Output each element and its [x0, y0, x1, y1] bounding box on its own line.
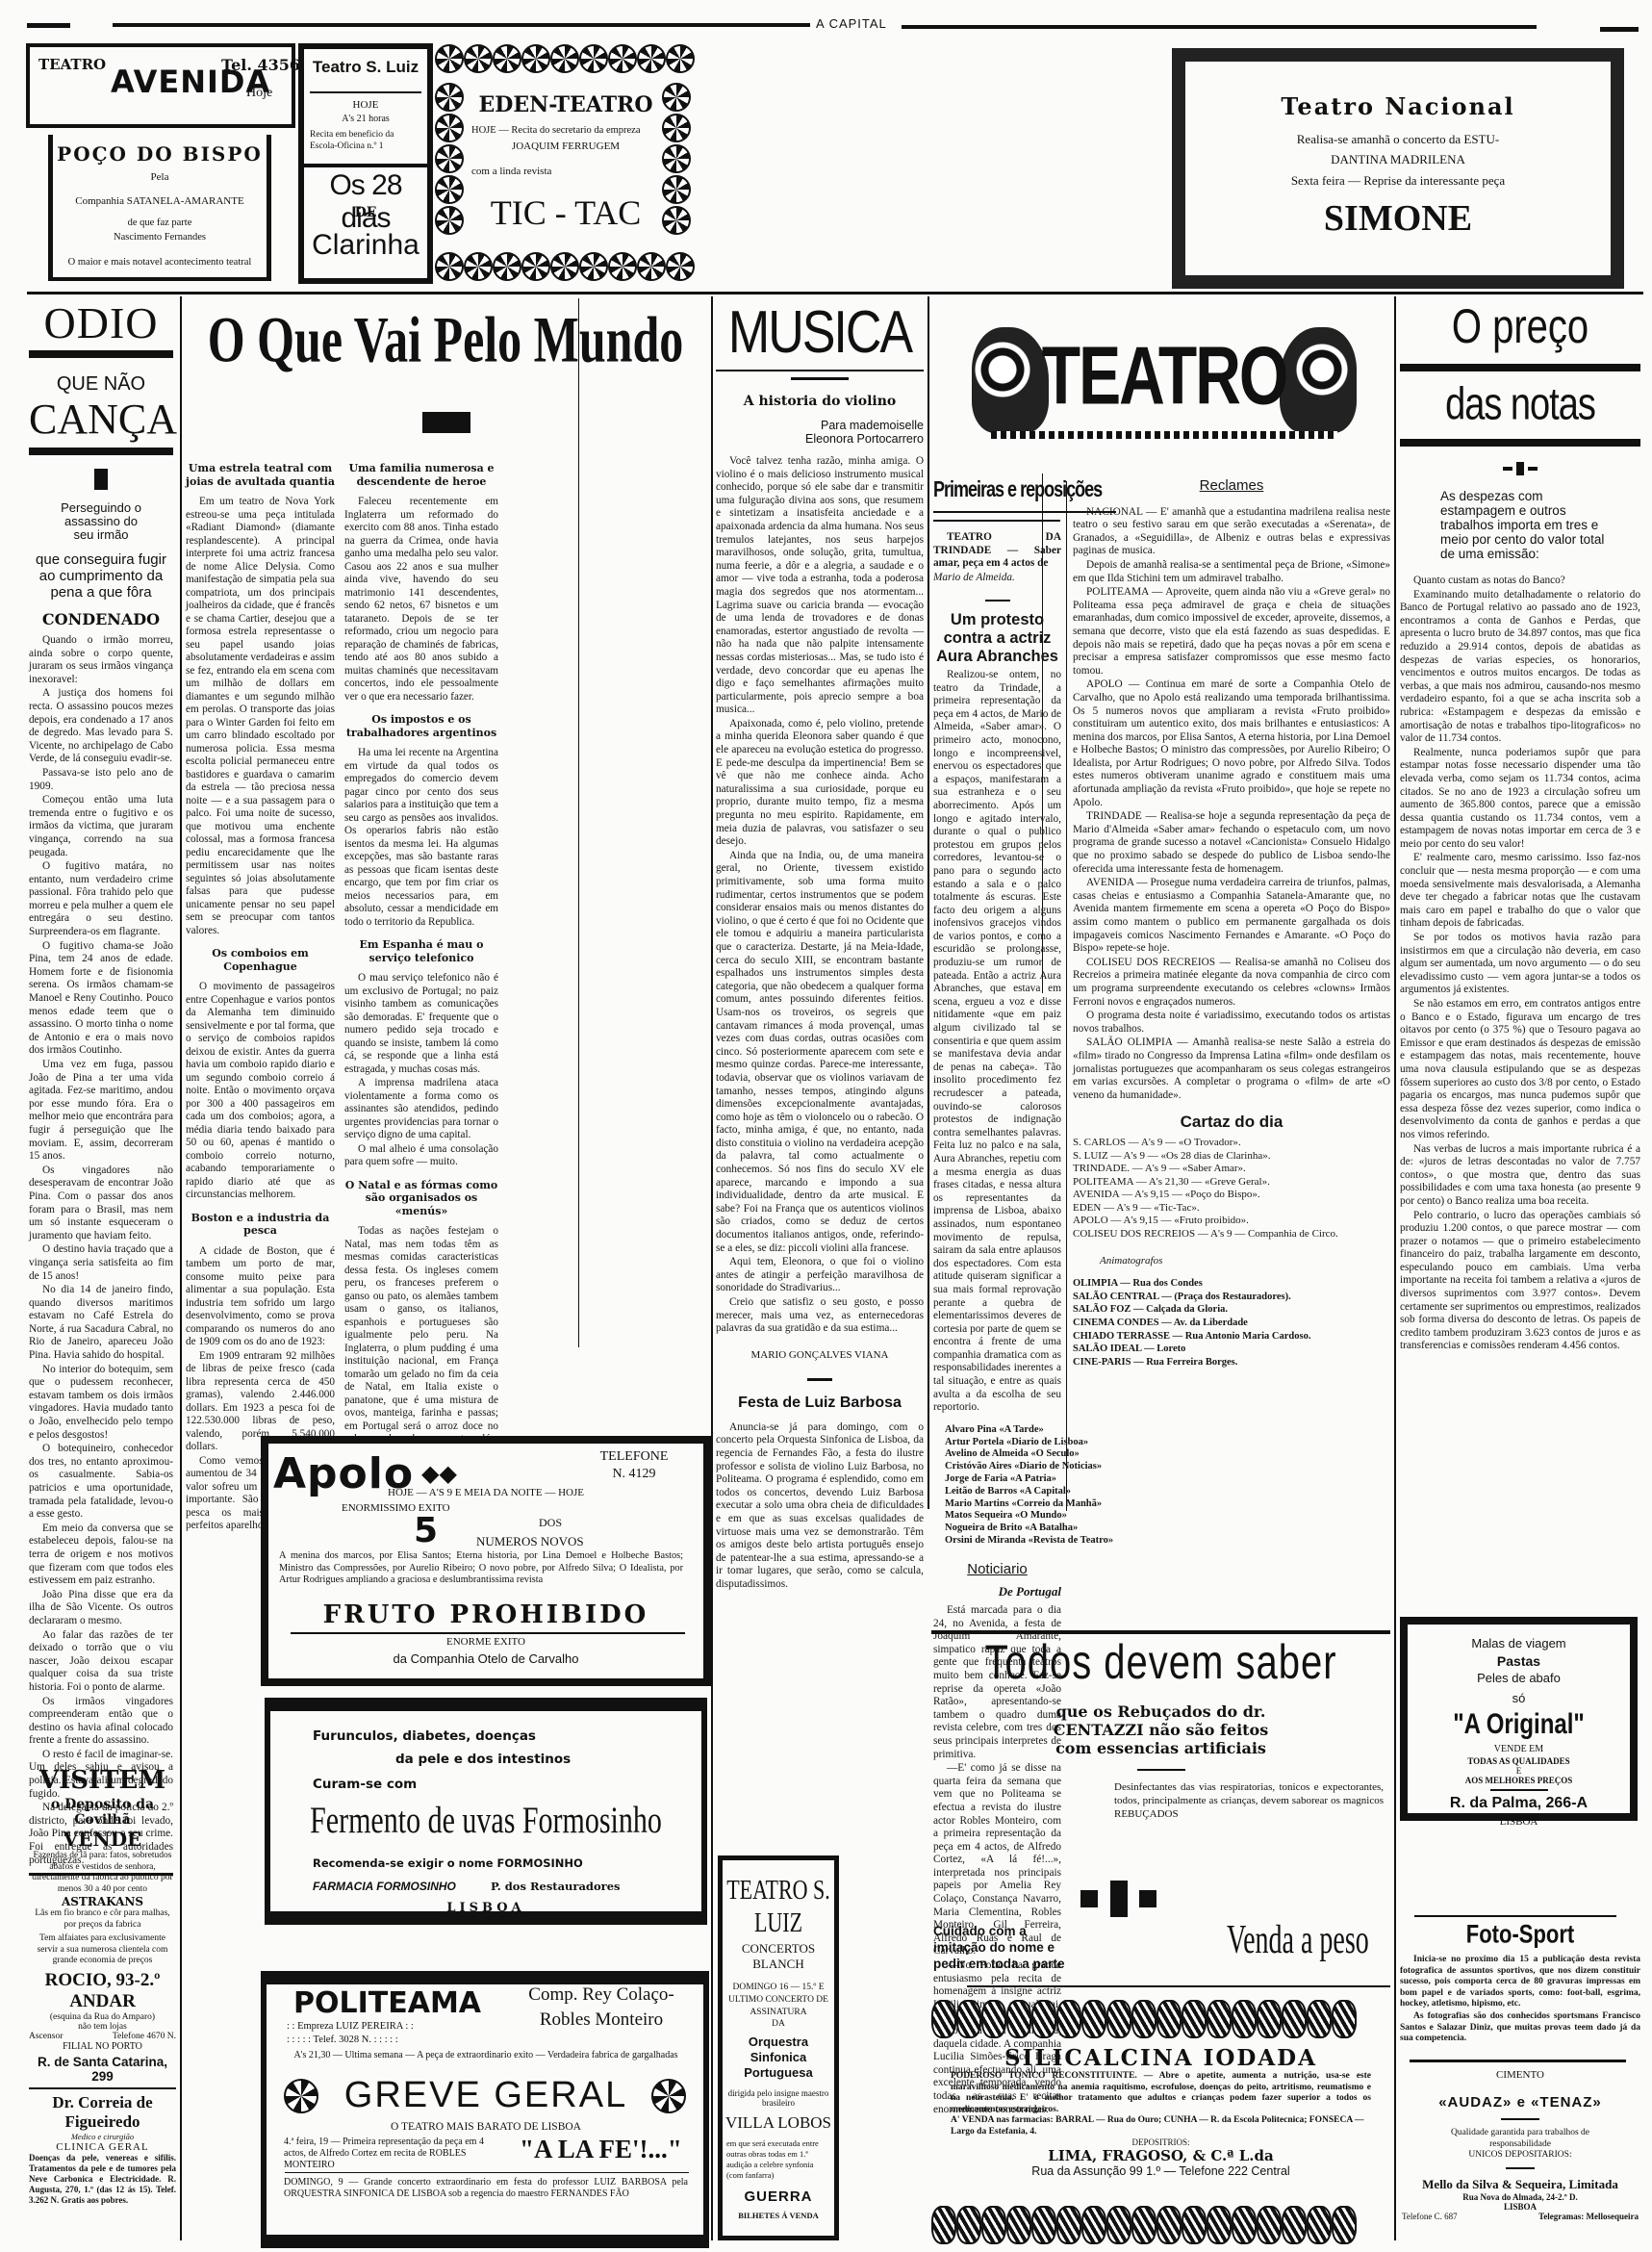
- trindade-head: TEATRO DA TRINDADE — Saber amar, peça em…: [933, 531, 1061, 571]
- odio-paragraph: Os vingadores não desesperavam de encont…: [29, 1164, 173, 1243]
- doctor-body: Doenças da pele, venereas e sifilis. Tra…: [29, 2153, 176, 2206]
- covilha-corner: (esquina da Rua do Amparo): [29, 2012, 176, 2022]
- protesto-body: Realizou-se ontem, no teatro da Trindade…: [933, 669, 1061, 2117]
- apolo-body: A menina dos marcos, por Elisa Santos; E…: [279, 1550, 683, 1587]
- ad-silicalcina: SILICALCINA IODADA PODEROSO TONICO RECON…: [931, 2045, 1390, 2178]
- reclame-paragraph: O programa desta noite é variadissimo, e…: [1073, 1010, 1390, 1036]
- centazzi-head: Todos devem saber: [931, 1636, 1390, 1690]
- mundo-paragraph: O mau serviço telefonico não é um exclus…: [344, 972, 498, 1076]
- original-line-6: TODAS AS QUALIDADES: [1408, 1756, 1630, 1766]
- notas-paragraph: Quanto custam as notas do Banco?: [1400, 575, 1640, 588]
- reclame-paragraph: COLISEU DOS RECREIOS — Realisa-se amanhã…: [1073, 957, 1390, 1009]
- politeama-line-2: 4.ª feira, 19 — Primeira representação d…: [284, 2137, 500, 2171]
- apolo-phone: N. 4129: [581, 1467, 687, 1482]
- article-odio: ODIO QUE NÃO CANÇA Perseguindo o assassi…: [29, 300, 173, 1880]
- mundo-column-2: Uma familia numerosa e descendente de he…: [344, 452, 498, 1460]
- mundo-column-1: Uma estrela teatral com joias de avultad…: [186, 452, 335, 1534]
- notas-paragraph: Realmente, nunca poderiamos supôr que pa…: [1400, 747, 1640, 852]
- ad-a-original: Malas de viagem Pastas Peles de abafo só…: [1400, 1617, 1638, 1821]
- sluiz-today: HOJE: [304, 99, 427, 111]
- swirl-icon-right: [651, 2079, 686, 2117]
- politeama-line-1: A's 21,30 — Ultima semana — A peça de ex…: [279, 2050, 693, 2061]
- swirl-border-bottom: [435, 252, 695, 289]
- covilha-address: ROCIO, 93-2.º ANDAR: [29, 1970, 176, 2012]
- odio-paragraph: Em meio da conversa que se estabeleceu d…: [29, 1523, 173, 1588]
- original-line-1: Malas de viagem: [1408, 1636, 1630, 1651]
- signatory: Artur Portela «Diario de Lisboa»: [945, 1437, 1061, 1449]
- ad-centazzi: Todos devem saber que os Rebuçados do dr…: [931, 1636, 1390, 1843]
- formosinho-line-3: Curam-se com: [313, 1777, 417, 1792]
- sluiz-concert-orchestra: Orquestra Sinfonica Portuguesa: [723, 2034, 834, 2081]
- apolo-phone-label: TELEFONE: [581, 1449, 687, 1465]
- sluiz-concert-maestro: VILLA LOBOS: [723, 2113, 834, 2133]
- notas-paragraph: Se não estamos em erro, em contratos ant…: [1400, 998, 1640, 1142]
- mundo-paragraph: Ha uma lei recente na Argentina em virtu…: [344, 747, 498, 929]
- subheading: Os impostos e os trabalhadores argentino…: [344, 713, 498, 739]
- signatory: Orsini de Miranda «Revista de Teatro»: [945, 1535, 1061, 1548]
- notas-title-2: das notas: [1400, 379, 1640, 430]
- formosinho-line-1: Furunculos, diabetes, doenças: [313, 1728, 536, 1744]
- odio-paragraph: Começou então uma luta tremenda entre o …: [29, 794, 173, 859]
- teatro-banner-title: TEATRO: [1039, 327, 1289, 422]
- formosinho-place: P. dos Restauradores: [491, 1880, 621, 1893]
- musica-paragraph: Ainda que na India, ou, de uma maneira g…: [716, 850, 924, 1255]
- masthead-title: A CAPITAL: [816, 16, 887, 31]
- nacional-line-2: DANTINA MADRILENA: [1185, 152, 1611, 167]
- protesto-title: Um protesto contra a actriz Aura Abranch…: [933, 611, 1061, 666]
- cartaz-title: Cartaz do dia: [1073, 1115, 1390, 1129]
- subheading: Em Espanha é mau o serviço telefonico: [344, 938, 498, 964]
- original-line-5: VENDE EM: [1408, 1744, 1630, 1754]
- sluiz-play-3: Clarinha: [304, 229, 427, 262]
- eden-line-1: HOJE — Recita do secretario da empreza: [471, 125, 664, 136]
- formosinho-line-2: da pele e dos intestinos: [395, 1752, 571, 1767]
- subheading: Uma estrela teatral com joias de avultad…: [186, 462, 335, 488]
- signatory: Avelino de Almeida «O Seculo»: [945, 1448, 1061, 1461]
- cimento-brands: «AUDAZ» e «TENAZ»: [1400, 2094, 1640, 2111]
- apolo-big-number: 5: [414, 1511, 438, 1550]
- silicalcina-address: Rua da Assunção 99 1.º — Telefone 222 Ce…: [931, 2164, 1390, 2178]
- avenida-by: Pela: [53, 171, 267, 183]
- sluiz-concert-da: DA: [723, 2019, 834, 2029]
- fotosport-body: Inicia-se no proximo dia 15 a publicação…: [1400, 1955, 1640, 2045]
- fotosport-paragraph: As fotografias são dos conhecidos sports…: [1400, 2011, 1640, 2045]
- formosinho-city: LISBOA: [289, 1901, 683, 1915]
- musica-headline: A historia do violino: [716, 394, 924, 409]
- odio-paragraph: Quando o irmão morreu, ainda sobre o cor…: [29, 634, 173, 686]
- musica-body: Você talvez tenha razão, minha amiga. O …: [716, 455, 924, 1336]
- original-line-8: AOS MELHORES PREÇOS: [1408, 1776, 1630, 1785]
- odio-paragraph: O fugitivo matára, no entanto, num verda…: [29, 860, 173, 939]
- odio-deck-2: que conseguira fugir ao cumprimento da p…: [29, 551, 173, 601]
- notas-deck: As despezas com estampagem e outros trab…: [1400, 489, 1640, 561]
- formosinho-product: Fermento de uvas Formosinho: [289, 1800, 683, 1842]
- swirl-border-left: [435, 81, 470, 254]
- silicalcina-body: PODEROSO TONICO RECONSTITUINTE. — Abre o…: [931, 2071, 1390, 2115]
- cartaz-item: EDEN — A's 9 — «Tic-Tac».: [1073, 1202, 1390, 1216]
- covilha-phone: Telefone 4670 N.: [113, 2032, 176, 2041]
- odio-paragraph: No interior do botequim, sem que o pudes…: [29, 1364, 173, 1443]
- original-brand: "A Original": [1408, 1708, 1630, 1742]
- sluiz-concert-name: TEATRO S. LUIZ: [723, 1874, 834, 1939]
- centazzi-warn: Cuidado com a imitação do nome e pedir e…: [933, 1923, 1078, 1972]
- covilha-no-shops: não tem lojas: [29, 2022, 176, 2032]
- original-address: R. da Palma, 266-A: [1408, 1795, 1630, 1812]
- signatory: Mario Martins «Correio da Manhã»: [945, 1498, 1061, 1511]
- teatro-banner: TEATRO: [972, 318, 1357, 443]
- cartaz-item: TRINDADE. — A's 9 — «Saber Amar».: [1073, 1163, 1390, 1176]
- centazzi-line-3: com essencias artificiais: [931, 1739, 1390, 1757]
- politeama-name: POLITEAMA: [293, 1986, 481, 2020]
- avenida-label: TEATRO: [38, 56, 106, 73]
- avenida-tel: Tel. 4356: [221, 56, 300, 74]
- cartaz-item: APOLO — A's 9,15 — «Fruto proibido».: [1073, 1215, 1390, 1228]
- odio-paragraph: No dia 14 de janeiro findo, quando diver…: [29, 1284, 173, 1363]
- odio-paragraph: Ao falar das razões de ter deixado o tor…: [29, 1629, 173, 1695]
- mundo-paragraph: Todas as nações festejam o Natal, mas ne…: [344, 1225, 498, 1459]
- politeama-company: Comp. Rey Colaço-Robles Monteiro: [510, 1983, 693, 2033]
- politeama-line-3: DOMINGO, 9 — Grande concerto extraordina…: [284, 2177, 688, 2200]
- odio-paragraph: O botequineiro, conhecedor dos tres, no …: [29, 1443, 173, 1522]
- notas-paragraph: Pelo contrario, o lucro das operações ca…: [1400, 1210, 1640, 1354]
- cimento-telegram: Telegramas: Mellosequeira: [1538, 2212, 1639, 2221]
- odio-body: Quando o irmão morreu, ainda sobre o cor…: [29, 634, 173, 1867]
- covilha-lift: Ascensor: [29, 2032, 63, 2041]
- nacional-name: Teatro Nacional: [1185, 92, 1611, 120]
- article-foto-sport: Foto-Sport Inicia-se no proximo dia 15 a…: [1400, 1922, 1640, 2046]
- covilha-line-2: VENDE: [29, 1828, 176, 1851]
- centazzi-sale: Venda a peso: [1227, 1918, 1369, 1964]
- cimento-phone: Telefone C. 687: [1402, 2212, 1458, 2221]
- signatory: Jorge de Faria «A Patria»: [945, 1473, 1061, 1486]
- reclame-paragraph: POLITEAMA — Aproveite, quem ainda não vi…: [1073, 586, 1390, 678]
- musica-paragraph: Aqui tem, Eleonora, o que foi o violino …: [716, 1256, 924, 1295]
- cimento-address: Rua Nova do Almada, 24-2.º D.: [1400, 2192, 1640, 2202]
- odio-deck-1: Perseguindo o assassino do seu irmão: [29, 501, 173, 542]
- fotosport-paragraph: Inicia-se no proximo dia 15 a publicação…: [1400, 1955, 1640, 2010]
- signatory: Matos Sequeira «O Mundo»: [945, 1510, 1061, 1523]
- trindade-author: Mario de Almeida.: [933, 572, 1061, 585]
- noticiario-subtitle: De Portugal: [933, 1585, 1061, 1599]
- signatory: Nogueira de Brito «A Batalha»: [945, 1523, 1061, 1535]
- odio-title: ODIO: [29, 300, 173, 346]
- mundo-paragraph: Em um teatro de Nova York estreou-se uma…: [186, 496, 335, 937]
- notas-body: Quanto custam as notas do Banco?Examinan…: [1400, 575, 1640, 1353]
- wave-border-bottom: [931, 2206, 1390, 2248]
- cinema-item: CHIADO TERRASSE — Rua Antonio Maria Card…: [1073, 1330, 1390, 1344]
- covilha-body-3: Tem alfaiates para exclusivamente servir…: [29, 1933, 176, 1967]
- covilha-branch-addr: R. de Santa Catarina, 299: [29, 2055, 176, 2084]
- musica-author: MARIO GONÇALVES VIANA: [716, 1349, 924, 1361]
- odio-paragraph: Uma vez em fuga, passou João de Pina a t…: [29, 1059, 173, 1164]
- sluiz-concert-war: GUERRA: [723, 2188, 834, 2205]
- mundo-title: O Que Vai Pelo Mundo: [186, 300, 705, 378]
- mundo-paragraph: A cidade de Boston, que é tambem um port…: [186, 1245, 335, 1349]
- reclames-title: Reclames: [1073, 479, 1390, 493]
- eden-person: JOAQUIM FERRUGEM: [471, 141, 660, 152]
- sluiz-concert-tickets: BILHETES Á VENDA: [723, 2211, 834, 2220]
- subheading: Os comboios em Copenhague: [186, 947, 335, 973]
- signatory: Alvaro Pina «A Tarde»: [945, 1424, 1061, 1437]
- notas-paragraph: Examinando muito detalhadamente o relato…: [1400, 589, 1640, 746]
- politeama-empreza: : : Empreza LUIZ PEREIRA : :: [287, 2021, 414, 2032]
- mundo-paragraph: O mal alheio é uma consolação para quem …: [344, 1143, 498, 1169]
- centazzi-line-1: que os Rebuçados do dr.: [931, 1702, 1390, 1721]
- animatografos-title: Animatografos: [1100, 1255, 1390, 1268]
- musica-paragraph: Apaixonada, como é, pelo violino, preten…: [716, 718, 924, 849]
- eden-line-2: com a linda revista: [471, 166, 660, 177]
- wave-border-top: [931, 2000, 1390, 2042]
- politeama-tel: : : : : : Telef. 3028 N. : : : : :: [287, 2034, 398, 2045]
- nacional-line-3: Sexta feira — Reprise da interessante pe…: [1185, 173, 1611, 189]
- apolo-dos: DOS: [539, 1516, 562, 1530]
- eden-name: EDEN-TEATRO: [471, 92, 660, 117]
- sluiz-concert-line-2: dirigida pelo insigne maestro brasileiro: [723, 2088, 834, 2108]
- signatory: Cristóvão Aires «Diario de Noticias»: [945, 1461, 1061, 1473]
- avenida-member-line: de que faz parte: [53, 218, 267, 228]
- cartaz-item: S. CARLOS — A's 9 — «O Trovador».: [1073, 1137, 1390, 1150]
- sluiz-concert-series: CONCERTOS BLANCH: [723, 1941, 834, 1972]
- article-musica: MUSICA A historia do violino Para mademo…: [716, 300, 924, 1593]
- sluiz-time: A's 21 horas: [304, 114, 427, 124]
- ornament-divider: [991, 431, 1337, 439]
- primeiras-title: Primeiras e reposições: [933, 476, 1039, 502]
- doctor-title: Medico e cirurgião: [29, 2132, 176, 2141]
- odio-deck-3: CONDENADO: [29, 610, 173, 628]
- cimento-label: CIMENTO: [1400, 2069, 1640, 2081]
- ad-cimento: CIMENTO «AUDAZ» e «TENAZ» Qualidade gara…: [1400, 2069, 1640, 2221]
- formosinho-line-4: Recomenda-se exigir o nome FORMOSINHO: [313, 1856, 583, 1870]
- original-line-4: só: [1408, 1691, 1630, 1705]
- subheading: Boston e a industria da pesca: [186, 1212, 335, 1238]
- musica-paragraph: Creio que satisfiz o seu gosto, e posso …: [716, 1296, 924, 1336]
- apolo-line-1: HOJE — A'S 9 E MEIA DA NOITE — HOJE: [279, 1487, 693, 1498]
- reclame-paragraph: APOLO — Continua em maré de sorte a Comp…: [1073, 678, 1390, 809]
- mundo-paragraph: O movimento de passageiros entre Copenha…: [186, 981, 335, 1202]
- sluiz-name: Teatro S. Luiz: [304, 58, 427, 77]
- original-city: LISBOA: [1408, 1816, 1630, 1828]
- apolo-show: FRUTO PROHIBIDO: [272, 1600, 699, 1629]
- apolo-success: ENORME EXITO: [279, 1636, 693, 1648]
- mundo-paragraph: A imprensa madrilena ataca violentamente…: [344, 1077, 498, 1142]
- subheading: Uma familia numerosa e descendente de he…: [344, 462, 498, 488]
- mask-left-icon: [972, 327, 1049, 433]
- nacional-show: SIMONE: [1185, 197, 1611, 240]
- silicalcina-depot-label: DEPOSITRIOS:: [931, 2137, 1390, 2147]
- protesto-paragraph: Realizou-se ontem, no teatro da Trindade…: [933, 669, 1061, 1415]
- original-line-7: E: [1408, 1766, 1630, 1776]
- swirl-border-top: [435, 44, 695, 81]
- musica-dedication-1: Para mademoiselle: [716, 419, 924, 432]
- cinema-item: SALÃO IDEAL — Loreto: [1073, 1343, 1390, 1356]
- covilha-branch: FILIAL NO PORTO: [29, 2041, 176, 2052]
- sluiz-concert-line-1: DOMINGO 16 — 15.º E ULTIMO CONCERTO DE A…: [723, 1982, 834, 2019]
- original-line-3: Peles de abafo: [1408, 1671, 1630, 1685]
- doctor-clinic: CLINICA GERAL: [29, 2141, 176, 2153]
- notas-paragraph: Nas verbas de lucros a mais importante r…: [1400, 1143, 1640, 1209]
- reclame-paragraph: AVENIDA — Prosegue numa verdadeira carre…: [1073, 877, 1390, 956]
- original-line-2: Pastas: [1408, 1653, 1630, 1669]
- teatro-col-1: Primeiras e reposições: [933, 476, 1039, 497]
- diamond-icons: ◆◆: [421, 1460, 457, 1487]
- nacional-line-1: Realisa-se amanhã o concerto da ESTU-: [1185, 132, 1611, 147]
- reclame-paragraph: NACIONAL — E' amanhã que a estudantina m…: [1073, 506, 1390, 558]
- odio-sub-2: CANÇA: [29, 396, 173, 444]
- odio-paragraph: O destino havia traçado que a vingança s…: [29, 1243, 173, 1283]
- odio-paragraph: Passava-se isto pelo ano de 1909.: [29, 767, 173, 793]
- cinema-item: SALÃO FOZ — Calçada da Gloria.: [1073, 1303, 1390, 1317]
- odio-paragraph: A justiça dos homens foi recta. O assass…: [29, 687, 173, 766]
- festa-title: Festa de Luiz Barbosa: [716, 1395, 924, 1412]
- mundo-paragraph: Faleceu recentemente em Inglaterra um re…: [344, 496, 498, 704]
- silicalcina-sale: A' VENDA nas farmacias: BARRAL — Rua do …: [931, 2115, 1390, 2137]
- musica-dedication-2: Eleonora Portocarrero: [716, 432, 924, 446]
- cinema-item: CINEMA CONDES — Av. da Liberdade: [1073, 1317, 1390, 1330]
- doctor-name: Dr. Correia de Figueiredo: [29, 2093, 176, 2132]
- subheading: O Natal e as fórmas como são organisados…: [344, 1179, 498, 1218]
- covilha-body-1: Fazendas de lã para: fatos, sobretudos a…: [29, 1851, 176, 1895]
- mask-right-icon: [1280, 327, 1357, 433]
- musica-title: MUSICA: [716, 300, 924, 365]
- square-ornament: [1080, 1881, 1157, 1917]
- musica-paragraph: Você talvez tenha razão, minha amiga. O …: [716, 455, 924, 717]
- cartaz-item: POLITEAMA — A's 21,30 — «Greve Geral».: [1073, 1176, 1390, 1190]
- ad-sluiz-concerts: TEATRO S. LUIZ CONCERTOS BLANCH DOMINGO …: [718, 1855, 839, 2240]
- silicalcina-name: SILICALCINA IODADA: [931, 2045, 1390, 2071]
- cinema-item: OLIMPIA — Rua dos Condes: [1073, 1277, 1390, 1291]
- formosinho-pharmacy: FARMACIA FORMOSINHO: [313, 1880, 456, 1893]
- apolo-company: da Companhia Otelo de Carvalho: [279, 1651, 693, 1666]
- fotosport-title: Foto-Sport: [1400, 1919, 1640, 1949]
- avenida-play: POÇO DO BISPO: [53, 142, 267, 166]
- politeama-show: GREVE GERAL: [322, 2075, 649, 2116]
- politeama-cheap: O TEATRO MAIS BARATO DE LISBOA: [279, 2121, 693, 2133]
- covilha-body-2: Lãs em fio branco e côr para malhas, por…: [29, 1908, 176, 1931]
- centazzi-body: Desinfectantes das vias respiratorias, t…: [1114, 1780, 1384, 1821]
- covilha-astrakans: ASTRAKANS: [29, 1895, 176, 1908]
- festa-text: Anuncia-se já para domingo, com o concer…: [716, 1421, 924, 1592]
- sluiz-concert-line-3: em que será executada entre outras obras…: [723, 2138, 834, 2181]
- politeama-next-show: "A LA FE'!...": [520, 2135, 682, 2164]
- silicalcina-depot: LIMA, FRAGOSO, & C.ª L.da: [931, 2147, 1390, 2164]
- cimento-city: LISBOA: [1400, 2202, 1640, 2212]
- avenida-tagline: O maior e mais notavel acontecimento tea…: [53, 257, 267, 268]
- cartaz-item: COLISEU DOS RECREIOS — A's 9 — Companhia…: [1073, 1228, 1390, 1241]
- covilha-line-1: o Deposito da Covilhã: [29, 1797, 176, 1828]
- ad-deposito-covilha: VISITEM o Deposito da Covilhã VENDE Faze…: [29, 1766, 176, 2206]
- festa-paragraph: Anuncia-se já para domingo, com o concer…: [716, 1421, 924, 1592]
- covilha-head: VISITEM: [29, 1766, 176, 1795]
- avenida-today: Hoje: [246, 86, 272, 101]
- odio-paragraph: O fugitivo chama-se João Pina, tem 24 an…: [29, 940, 173, 1058]
- odio-sub-1: QUE NÃO: [29, 373, 173, 396]
- sluiz-play-1: Os 28 dias: [304, 169, 427, 235]
- cartaz-item: AVENIDA — A's 9,15 — «Poço do Bispo».: [1073, 1189, 1390, 1202]
- teatro-column-right: ReclamesNACIONAL — E' amanhã que a estud…: [1073, 473, 1390, 1369]
- notas-paragraph: E' realmente caro, mesmo carissimo. Isso…: [1400, 852, 1640, 931]
- reclame-paragraph: Depois de amanhã realisa-se a sentimenta…: [1073, 559, 1390, 585]
- odio-paragraph: Os irmãos vingadores compreenderam então…: [29, 1696, 173, 1748]
- article-notas: O preço das notas As despezas com estamp…: [1400, 300, 1640, 1354]
- sluiz-benefit: Recita em beneficio da Escola-Oficina n.…: [310, 129, 423, 152]
- reclame-paragraph: SALÃO OLIMPIA — Amanhã realisa-se neste …: [1073, 1036, 1390, 1102]
- noticiario-title: Noticiario: [933, 1563, 1061, 1576]
- odio-paragraph: João Pina disse que era da ilha de São V…: [29, 1589, 173, 1628]
- swirl-border-right: [662, 81, 697, 254]
- avenida-company: Companhia SATANELA-AMARANTE: [53, 195, 267, 207]
- cartaz-item: S. LUIZ — A's 9 — «Os 28 dias de Clarinh…: [1073, 1150, 1390, 1164]
- cimento-line-2: UNICOS DEPOSITARIOS:: [1400, 2150, 1640, 2160]
- centazzi-line-2: CENTAZZI não são feitos: [931, 1721, 1390, 1739]
- eden-show: TIC - TAC: [471, 192, 660, 233]
- notas-title-1: O preço: [1400, 300, 1640, 353]
- avenida-member: Nascimento Fernandes: [53, 232, 267, 243]
- cinema-item: CINE-PARIS — Rua Ferreira Borges.: [1073, 1356, 1390, 1369]
- apolo-numbers: NUMEROS NOVOS: [476, 1534, 584, 1549]
- cimento-company: Mello da Silva & Sequeira, Limitada: [1400, 2177, 1640, 2192]
- swirl-icon-left: [284, 2079, 318, 2117]
- reclame-paragraph: TRINDADE — Realisa-se hoje a segunda rep…: [1073, 810, 1390, 876]
- cimento-line-1: Qualidade garantida para trabalhos de re…: [1400, 2128, 1640, 2150]
- notas-paragraph: Se por todos os motivos havia razão para…: [1400, 932, 1640, 997]
- teatro-column-left: TEATRO DA TRINDADE — Saber amar, peça em…: [933, 531, 1061, 666]
- sluiz-play-2: DE: [304, 205, 427, 220]
- cinema-item: SALÃO CENTRAL — (Praça dos Restauradores…: [1073, 1291, 1390, 1304]
- signatory: Leitão de Barros «A Capital»: [945, 1486, 1061, 1498]
